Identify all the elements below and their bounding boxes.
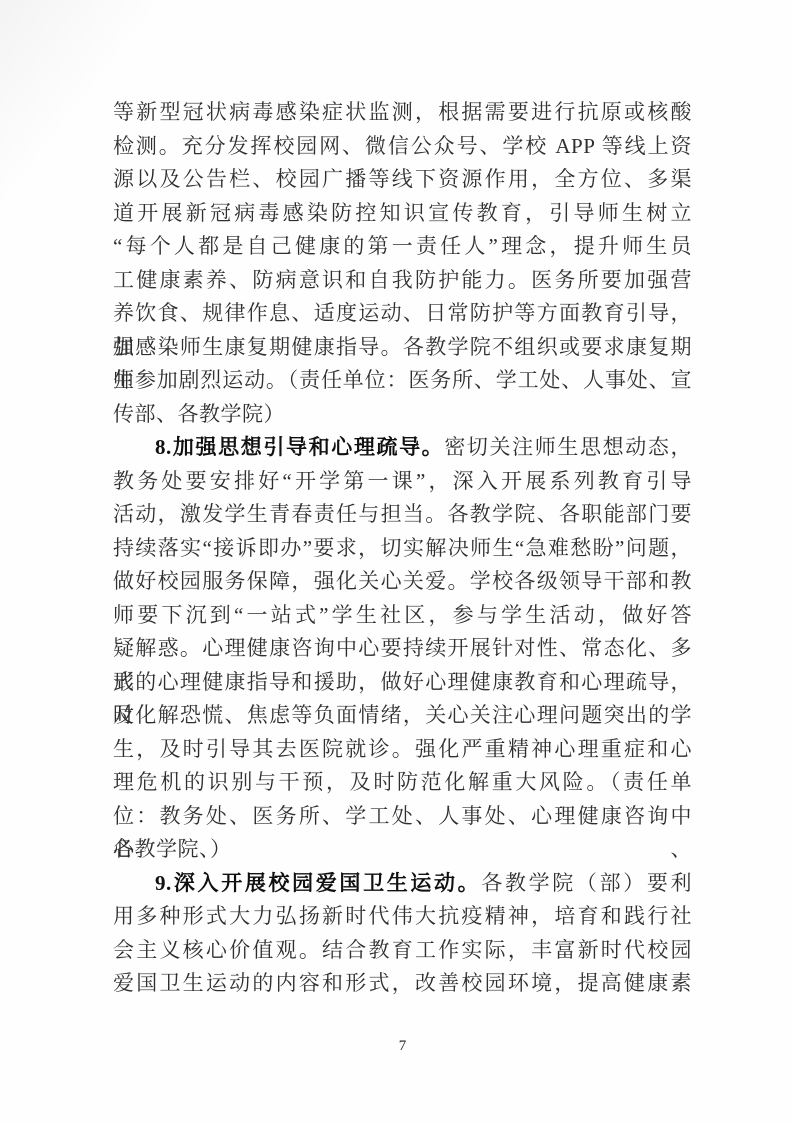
- text-line: 等新型冠状病毒感染症状监测，根据需要进行抗原或核酸: [113, 96, 692, 130]
- text-line: 教务处要安排好“开学第一课”，深入开展系列教育引导: [113, 465, 692, 499]
- text-line: 养饮食、规律作息、适度运动、日常防护等方面教育引导，加: [113, 297, 692, 331]
- bold-heading: 8.加强思想引导和心理疏导。: [155, 435, 444, 459]
- text-line: 检测。充分发挥校园网、微信公众号、学校 APP 等线上资: [113, 130, 692, 164]
- text-line: 工健康素养、防病意识和自我防护能力。医务所要加强营: [113, 264, 692, 298]
- para-7-epidemic-monitoring-tail: 等新型冠状病毒感染症状监测，根据需要进行抗原或核酸检测。充分发挥校园网、微信公众…: [113, 96, 692, 431]
- text-line: 传部、各教学院）: [113, 398, 692, 432]
- text-line: 爱国卫生运动的内容和形式，改善校园环境，提高健康素: [113, 967, 692, 1001]
- text-line: 源以及公告栏、校园广播等线下资源作用，全方位、多渠: [113, 163, 692, 197]
- para-8-thought-and-psych-guidance: 8.加强思想引导和心理疏导。密切关注师生思想动态，教务处要安排好“开学第一课”，…: [113, 431, 692, 867]
- text-line: 活动，激发学生青春责任与担当。各教学院、各职能部门要: [113, 498, 692, 532]
- text-line: 道开展新冠病毒感染防控知识宣传教育，引导师生树立: [113, 197, 692, 231]
- text-line: 会主义核心价值观。结合教育工作实际，丰富新时代校园: [113, 934, 692, 968]
- text-line: 9.深入开展校园爱国卫生运动。各教学院（部）要利: [113, 867, 692, 901]
- text-line: “每个人都是自己健康的第一责任人”理念，提升师生员: [113, 230, 692, 264]
- document-page: 等新型冠状病毒感染症状监测，根据需要进行抗原或核酸检测。充分发挥校园网、微信公众…: [0, 0, 793, 1122]
- text-line: 生参加剧烈运动。（责任单位：医务所、学工处、人事处、宣: [113, 364, 692, 398]
- text-line: 强感染师生康复期健康指导。各教学院不组织或要求康复期师: [113, 331, 692, 365]
- document-body: 等新型冠状病毒感染症状监测，根据需要进行抗原或核酸检测。充分发挥校园网、微信公众…: [113, 96, 692, 1001]
- text-line: 时化解恐慌、焦虑等负面情绪，关心关注心理问题突出的学: [113, 699, 692, 733]
- text-line: 式的心理健康指导和援助，做好心理健康教育和心理疏导，及: [113, 666, 692, 700]
- text-line: 生，及时引导其去医院就诊。强化严重精神心理重症和心: [113, 733, 692, 767]
- para-9-patriotic-health-campaign: 9.深入开展校园爱国卫生运动。各教学院（部）要利用多种形式大力弘扬新时代伟大抗疫…: [113, 867, 692, 1001]
- text-line: 师要下沉到“一站式”学生社区，参与学生活动，做好答: [113, 599, 692, 633]
- text-line: 做好校园服务保障，强化关心关爱。学校各级领导干部和教: [113, 565, 692, 599]
- text-line: 用多种形式大力弘扬新时代伟大抗疫精神，培育和践行社: [113, 900, 692, 934]
- bold-heading: 9.深入开展校园爱国卫生运动。: [155, 871, 481, 895]
- text-line: 疑解惑。心理健康咨询中心要持续开展针对性、常态化、多形: [113, 632, 692, 666]
- text-line: 位：教务处、医务所、学工处、人事处、心理健康咨询中心、: [113, 800, 692, 834]
- text-line: 理危机的识别与干预，及时防范化解重大风险。（责任单: [113, 766, 692, 800]
- text-line: 持续落实“接诉即办”要求，切实解决师生“急难愁盼”问题，: [113, 532, 692, 566]
- text-line: 8.加强思想引导和心理疏导。密切关注师生思想动态，: [113, 431, 692, 465]
- page-number: 7: [113, 1034, 692, 1058]
